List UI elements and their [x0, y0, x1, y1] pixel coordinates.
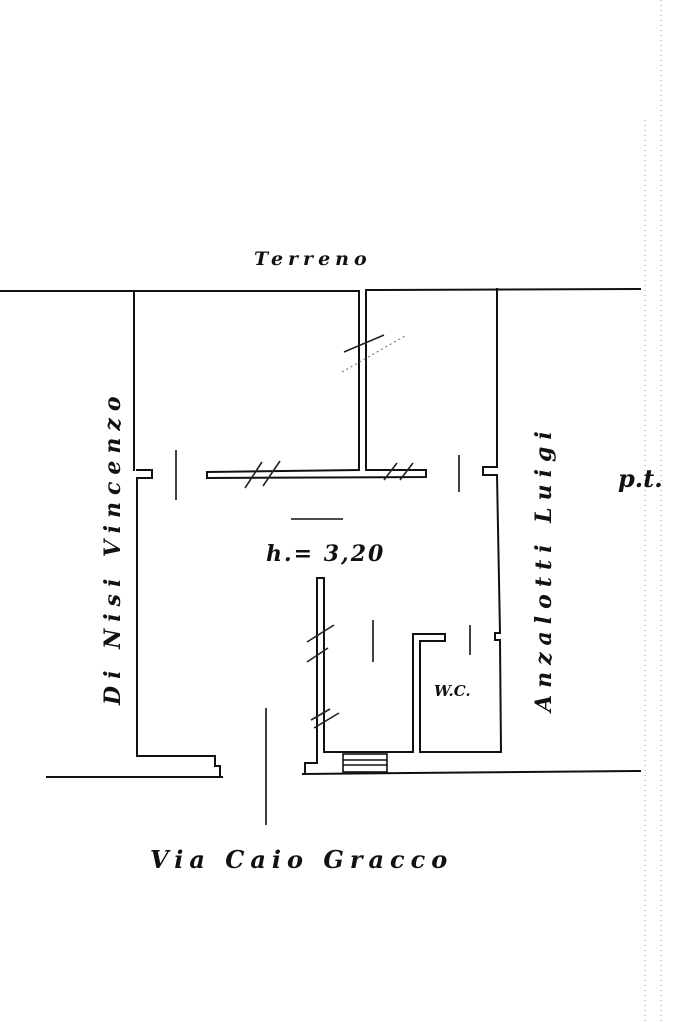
hatch-marks: [245, 335, 413, 728]
south-label: Via Caio Gracco: [150, 845, 453, 874]
east-wall: [483, 289, 501, 752]
north-boundary: [0, 289, 640, 291]
east-label: Anzalotti Luigi: [531, 424, 557, 714]
floor-label: p.t.: [618, 464, 663, 493]
wc-label: W.C.: [434, 682, 471, 700]
west-label: Di Nisi Vincenzo: [100, 389, 126, 706]
north-label: Terreno: [254, 248, 372, 270]
height-label: h.= 3,20: [266, 541, 385, 567]
floor-plan: Terreno Via Caio Gracco Di Nisi Vincenzo…: [0, 0, 683, 1023]
horizontal-partition: [207, 470, 426, 478]
central-partition: [359, 291, 366, 470]
west-wall: [134, 291, 220, 777]
entrance-step: [305, 752, 413, 774]
